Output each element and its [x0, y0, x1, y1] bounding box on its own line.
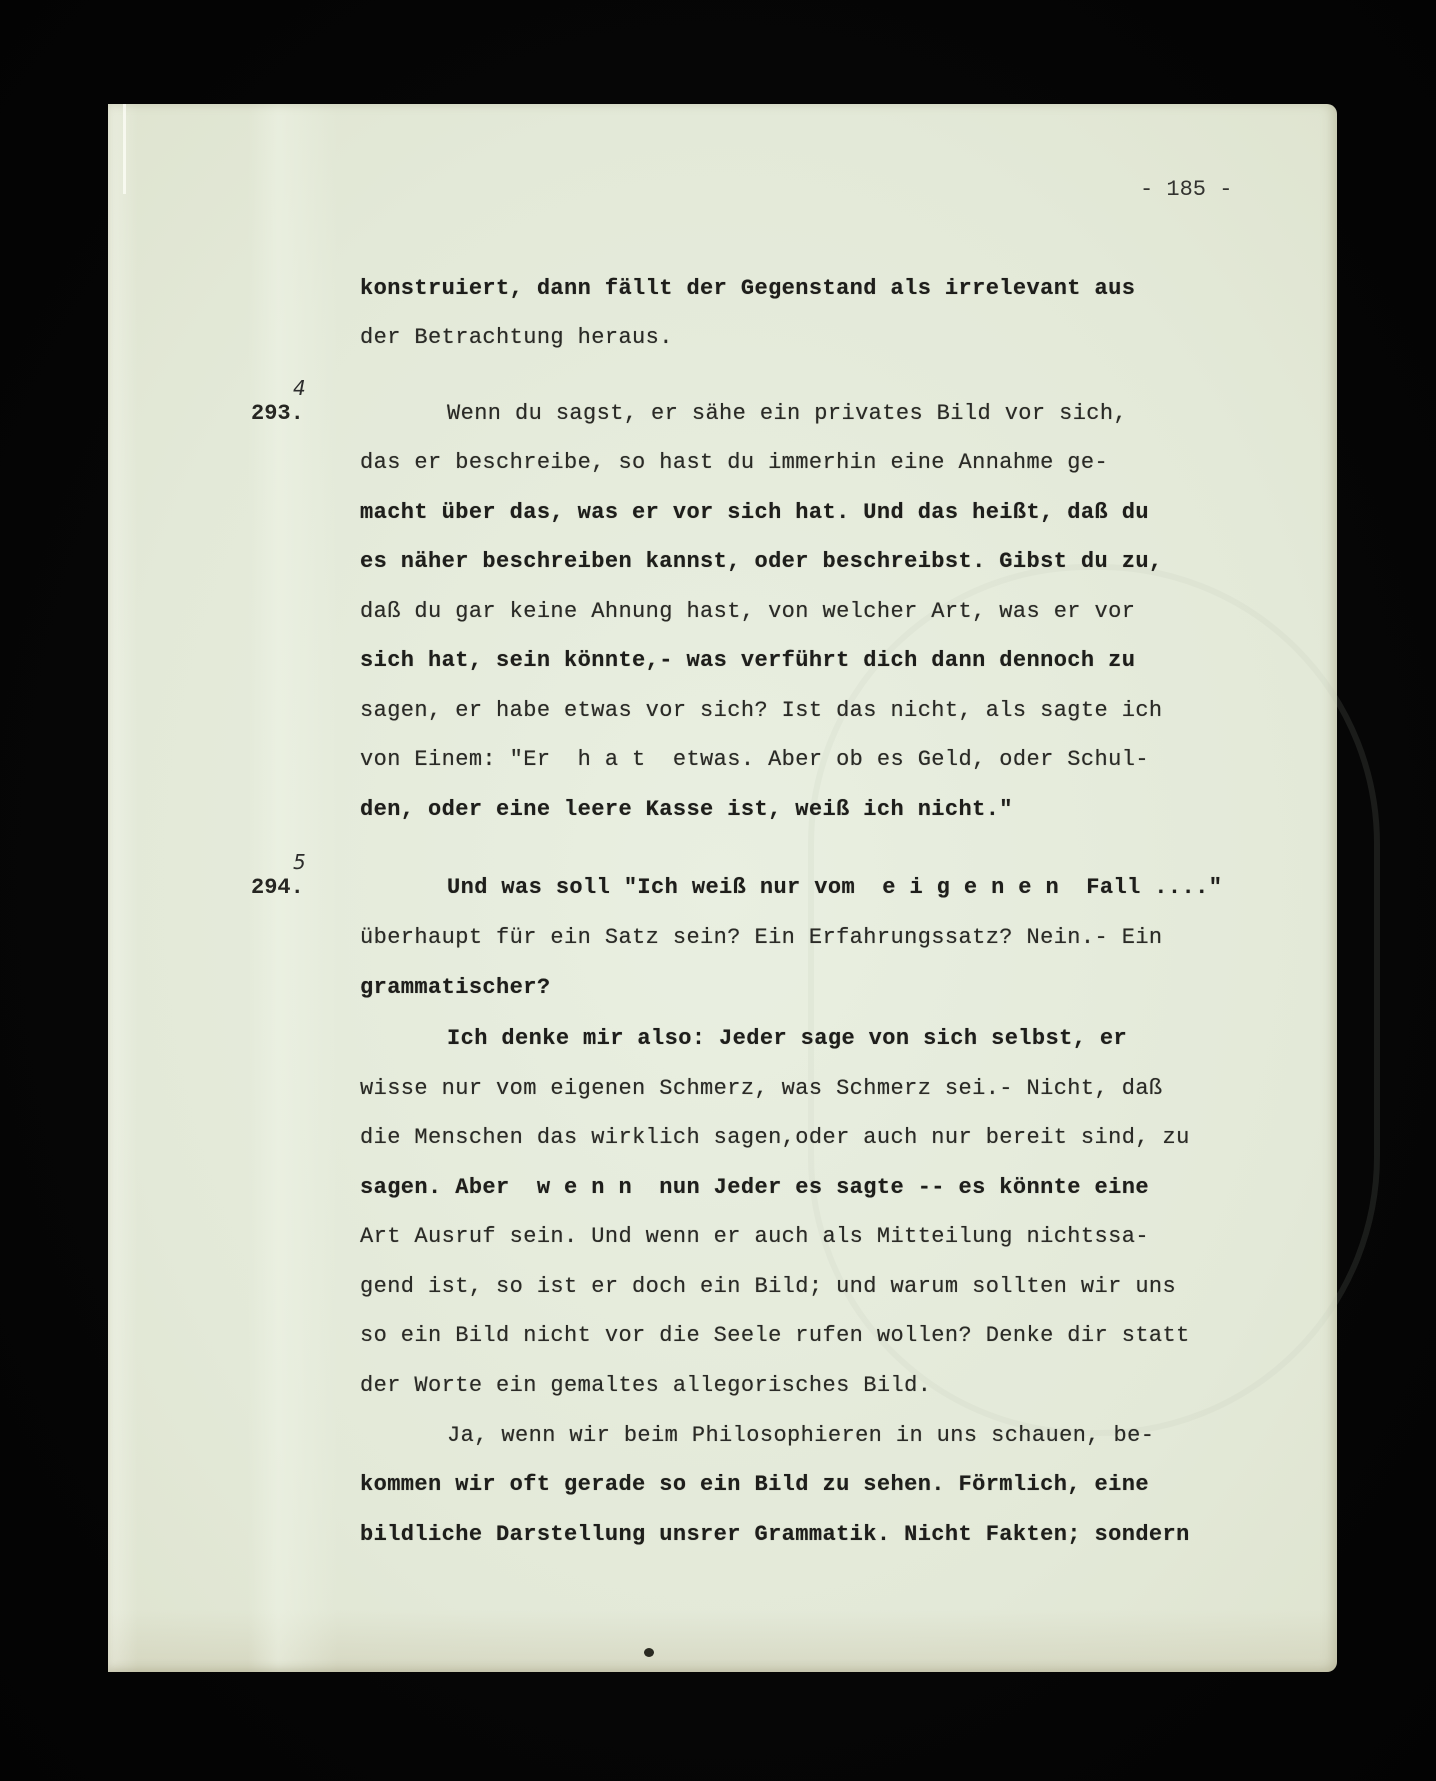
- text-line: Ja, wenn wir beim Philosophieren in uns …: [447, 1423, 1154, 1448]
- text-line: den, oder eine leere Kasse ist, weiß ich…: [360, 797, 1013, 822]
- paragraph-number: 294.: [251, 875, 304, 900]
- paper-fold-line: [123, 104, 126, 194]
- paragraph-number: 293.: [251, 401, 304, 426]
- text-line: Ich denke mir also: Jeder sage von sich …: [447, 1026, 1127, 1051]
- text-line: so ein Bild nicht vor die Seele rufen wo…: [360, 1323, 1190, 1348]
- scan-background: - 185 - konstruiert, dann fällt der Gege…: [0, 0, 1436, 1781]
- page-number: - 185 -: [1140, 177, 1232, 202]
- text-line: sich hat, sein könnte,- was verführt dic…: [360, 648, 1135, 673]
- text-line: konstruiert, dann fällt der Gegenstand a…: [360, 276, 1135, 301]
- text-line: das er beschreibe, so hast du immerhin e…: [360, 450, 1108, 475]
- text-line: es näher beschreiben kannst, oder beschr…: [360, 549, 1163, 574]
- text-line: bildliche Darstellung unsrer Grammatik. …: [360, 1522, 1190, 1547]
- text-line: macht über das, was er vor sich hat. Und…: [360, 500, 1149, 525]
- text-line: der Betrachtung heraus.: [360, 325, 673, 350]
- text-line: Wenn du sagst, er sähe ein privates Bild…: [447, 401, 1127, 426]
- text-line: gend ist, so ist er doch ein Bild; und w…: [360, 1274, 1176, 1299]
- text-line: überhaupt für ein Satz sein? Ein Erfahru…: [360, 925, 1163, 950]
- handwritten-correction: 5: [293, 850, 306, 874]
- text-line: sagen. Aber w e n n nun Jeder es sagte -…: [360, 1175, 1149, 1200]
- text-line: die Menschen das wirklich sagen,oder auc…: [360, 1125, 1190, 1150]
- text-line: von Einem: "Er h a t etwas. Aber ob es G…: [360, 747, 1149, 772]
- text-line: der Worte ein gemaltes allegorisches Bil…: [360, 1373, 931, 1398]
- handwritten-correction: 4: [293, 376, 306, 400]
- paper-watermark: [808, 564, 1380, 1436]
- text-line: Art Ausruf sein. Und wenn er auch als Mi…: [360, 1224, 1149, 1249]
- text-line: daß du gar keine Ahnung hast, von welche…: [360, 599, 1135, 624]
- text-line: sagen, er habe etwas vor sich? Ist das n…: [360, 698, 1163, 723]
- text-line: Und was soll "Ich weiß nur vom e i g e n…: [447, 875, 1222, 900]
- ink-spot: [644, 1648, 654, 1657]
- text-line: grammatischer?: [360, 975, 550, 1000]
- text-line: kommen wir oft gerade so ein Bild zu seh…: [360, 1472, 1149, 1497]
- text-line: wisse nur vom eigenen Schmerz, was Schme…: [360, 1076, 1163, 1101]
